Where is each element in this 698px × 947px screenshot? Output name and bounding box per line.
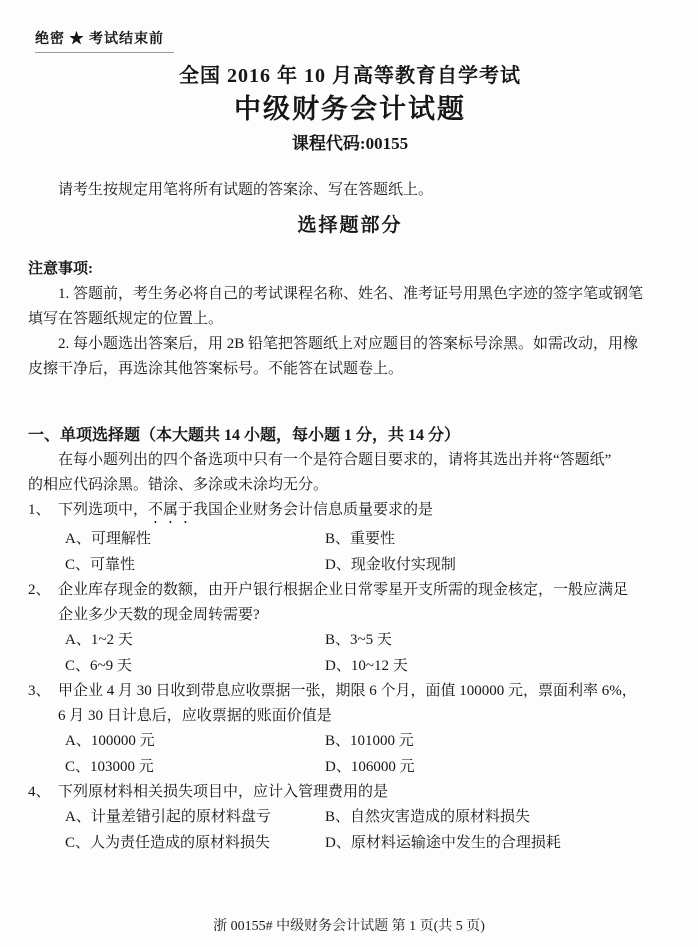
question-number: 2、 <box>28 578 58 628</box>
exam-instruction: 请考生按规定用笔将所有试题的答案涂、写在答题纸上。 <box>28 179 672 201</box>
question-3: 3、 甲企业 4 月 30 日收到带息应收票据一张，期限 6 个月，面值 100… <box>28 679 672 780</box>
course-code: 课程代码:00155 <box>28 133 672 154</box>
options: A、计量差错引起的原材料盘亏 B、自然灾害造成的原材料损失 C、人为责任造成的原… <box>65 805 672 856</box>
page-footer: 浙 00155# 中级财务会计试题 第 1 页(共 5 页) <box>0 915 698 935</box>
question-4: 4、 下列原材料相关损失项目中，应计入管理费用的是 A、计量差错引起的原材料盘亏… <box>28 780 672 856</box>
security-classification: 绝密 ★ 考试结束前 <box>35 28 174 53</box>
option-d: D、原材料运输途中发生的合理损耗 <box>325 831 672 857</box>
stem-line: 企业多少天数的现金周转需要? <box>58 603 672 628</box>
question-1: 1、 下列选项中，不属于我国企业财务会计信息质量要求的是 A、可理解性 B、重要… <box>28 498 672 578</box>
option-a: A、1~2 天 <box>65 628 325 654</box>
question-number: 4、 <box>28 780 58 805</box>
option-d: D、106000 元 <box>325 755 672 781</box>
part-note-line: 的相应代码涂黑。错涂、多涂或未涂均无分。 <box>28 473 672 498</box>
option-d: D、10~12 天 <box>325 654 672 680</box>
options: A、1~2 天 B、3~5 天 C、6~9 天 D、10~12 天 <box>65 628 672 679</box>
question-stem: 下列选项中，不属于我国企业财务会计信息质量要求的是 <box>58 498 672 527</box>
section-title: 选择题部分 <box>28 214 672 238</box>
option-a: A、100000 元 <box>65 729 325 755</box>
option-b: B、自然灾害造成的原材料损失 <box>325 805 672 831</box>
question-number: 1、 <box>28 498 58 527</box>
option-a: A、可理解性 <box>65 527 325 553</box>
part-note: 在每小题列出的四个备选项中只有一个是符合题目要求的，请将其选出并将“答题纸” 的… <box>28 448 672 498</box>
stem-text: 下列选项中， <box>58 502 148 518</box>
stem-text: 我国企业财务会计信息质量要求的是 <box>193 502 433 518</box>
note-line: 皮擦干净后，再选涂其他答案标号。不能答在试题卷上。 <box>28 357 672 382</box>
note-line: 填写在答题纸规定的位置上。 <box>28 307 672 332</box>
question-stem: 企业库存现金的数额，由开户银行根据企业日常零星开支所需的现金核定，一般应满足 企… <box>58 578 672 628</box>
option-b: B、重要性 <box>325 527 672 553</box>
exam-title: 全国 2016 年 10 月高等教育自学考试 <box>28 64 672 89</box>
exam-page: 绝密 ★ 考试结束前 全国 2016 年 10 月高等教育自学考试 中级财务会计… <box>0 0 698 856</box>
option-b: B、101000 元 <box>325 729 672 755</box>
stem-line: 6 月 30 日计息后，应收票据的账面价值是 <box>58 704 672 729</box>
options: A、100000 元 B、101000 元 C、103000 元 D、10600… <box>65 729 672 780</box>
part-note-line: 在每小题列出的四个备选项中只有一个是符合题目要求的，请将其选出并将“答题纸” <box>28 448 672 473</box>
option-c: C、人为责任造成的原材料损失 <box>65 831 325 857</box>
options: A、可理解性 B、重要性 C、可靠性 D、现金收付实现制 <box>65 527 672 578</box>
stem-line: 企业库存现金的数额，由开户银行根据企业日常零星开支所需的现金核定，一般应满足 <box>58 578 672 603</box>
question-stem: 甲企业 4 月 30 日收到带息应收票据一张，期限 6 个月，面值 100000… <box>58 679 672 729</box>
stem-line: 甲企业 4 月 30 日收到带息应收票据一张，期限 6 个月，面值 100000… <box>58 679 672 704</box>
option-d: D、现金收付实现制 <box>325 553 672 579</box>
question-stem: 下列原材料相关损失项目中，应计入管理费用的是 <box>58 780 672 805</box>
option-c: C、可靠性 <box>65 553 325 579</box>
note-line: 1. 答题前，考生务必将自己的考试课程名称、姓名、准考证号用黑色字迹的签字笔或钢… <box>28 282 672 307</box>
question-number: 3、 <box>28 679 58 729</box>
option-b: B、3~5 天 <box>325 628 672 654</box>
paper-title: 中级财务会计试题 <box>28 93 672 126</box>
question-2: 2、 企业库存现金的数额，由开户银行根据企业日常零星开支所需的现金核定，一般应满… <box>28 578 672 679</box>
notes-heading: 注意事项: <box>28 257 672 282</box>
stem-line: 下列原材料相关损失项目中，应计入管理费用的是 <box>58 780 672 805</box>
stem-emphasis: 不属于 <box>148 502 193 518</box>
note-line: 2. 每小题选出答案后，用 2B 铅笔把答题纸上对应题目的答案标号涂黑。如需改动… <box>28 332 672 357</box>
option-c: C、6~9 天 <box>65 654 325 680</box>
option-a: A、计量差错引起的原材料盘亏 <box>65 805 325 831</box>
part-heading: 一、单项选择题（本大题共 14 小题，每小题 1 分，共 14 分） <box>28 423 672 448</box>
classification-row: 绝密 ★ 考试结束前 <box>28 0 672 53</box>
option-c: C、103000 元 <box>65 755 325 781</box>
